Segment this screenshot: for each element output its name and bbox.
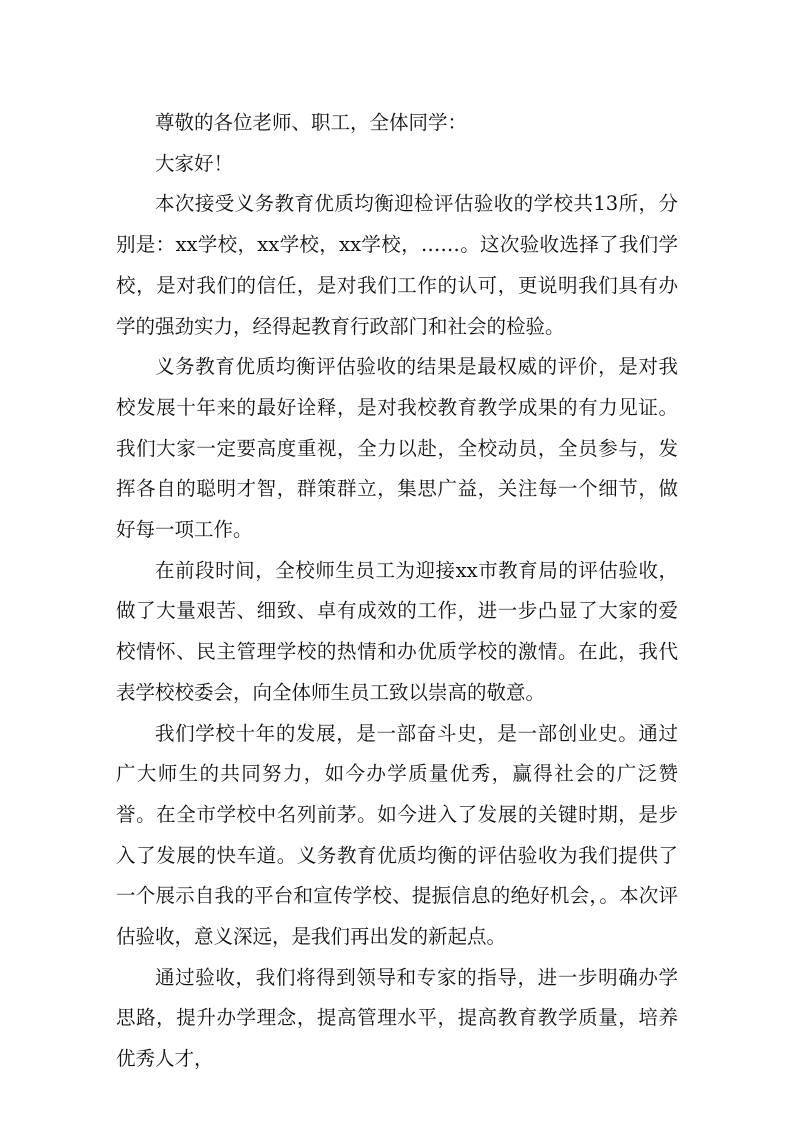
salutation-line: 大家好！ [116,144,678,185]
paragraph-school-history: 我们学校十年的发展，是一部奋斗史，是一部创业史。通过广大师生的共同努力，如今办学… [116,714,678,958]
document-page: 尊敬的各位老师、职工，全体同学： 大家好！ 本次接受义务教育优质均衡迎检评估验收… [116,103,678,1080]
greeting-line: 尊敬的各位老师、职工，全体同学： [116,103,678,144]
paragraph-schools-accepted: 本次接受义务教育优质均衡迎检评估验收的学校共13所，分别是：xx学校，xx学校，… [116,184,678,347]
paragraph-acceptance-benefits: 通过验收，我们将得到领导和专家的指导，进一步明确办学思路，提升办学理念，提高管理… [116,958,678,1080]
paragraph-staff-efforts: 在前段时间，全校师生员工为迎接xx市教育局的评估验收，做了大量艰苦、细致、卓有成… [116,551,678,714]
paragraph-evaluation-authority: 义务教育优质均衡评估验收的结果是最权威的评价，是对我校发展十年来的最好诠释，是对… [116,347,678,551]
